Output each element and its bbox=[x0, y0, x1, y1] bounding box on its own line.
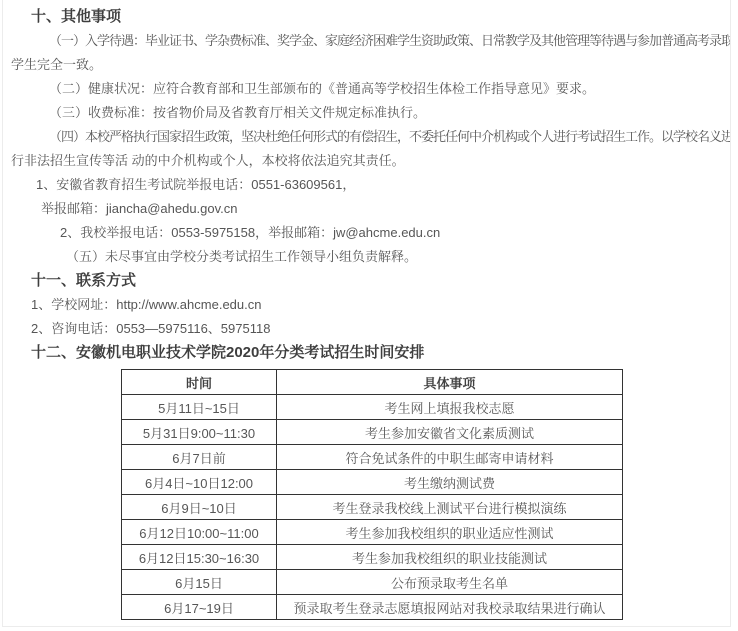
para-admission-treatment-line1: （一）入学待遇：毕业证书、学杂费标准、奖学金、家庭经济困难学生资助政策、日常教学… bbox=[11, 29, 730, 53]
event-cell: 考生参加安徽省文化素质测试 bbox=[277, 420, 623, 445]
event-cell: 考生参加我校组织的职业技能测试 bbox=[277, 545, 623, 570]
time-cell: 6月12日15:30~16:30 bbox=[122, 545, 277, 570]
event-cell: 考生参加我校组织的职业适应性测试 bbox=[277, 520, 623, 545]
table-row: 6月17~19日 预录取考生登录志愿填报网站对我校录取结果进行确认 bbox=[122, 595, 623, 620]
para-enrollment-policy-line1: （四）本校严格执行国家招生政策，坚决杜绝任何形式的有偿招生，不委托任何中介机构或… bbox=[11, 125, 730, 149]
para-fee-standard: （三）收费标准：按省物价局及省教育厅相关文件规定标准执行。 bbox=[11, 101, 730, 125]
event-cell: 考生缴纳测试费 bbox=[277, 470, 623, 495]
time-cell: 5月31日9:00~11:30 bbox=[122, 420, 277, 445]
table-row: 6月12日15:30~16:30 考生参加我校组织的职业技能测试 bbox=[122, 545, 623, 570]
para-school-website: 1、学校网址：http://www.ahcme.edu.cn bbox=[11, 293, 730, 317]
time-cell: 6月15日 bbox=[122, 570, 277, 595]
time-cell: 6月4日~10日12:00 bbox=[122, 470, 277, 495]
notice-page: 十、其他事项 （一）入学待遇：毕业证书、学杂费标准、奖学金、家庭经济困难学生资助… bbox=[2, 0, 731, 627]
exam-schedule-table: 时间 具体事项 5月11日~15日 考生网上填报我校志愿 5月31日9:00~1… bbox=[121, 369, 623, 620]
event-cell: 考生登录我校线上测试平台进行模拟演练 bbox=[277, 495, 623, 520]
time-cell: 6月17~19日 bbox=[122, 595, 277, 620]
document-viewport: 十、其他事项 （一）入学待遇：毕业证书、学杂费标准、奖学金、家庭经济困难学生资助… bbox=[0, 0, 738, 631]
section-heading-12: 十二、安徽机电职业技术学院2020年分类考试招生时间安排 bbox=[11, 341, 730, 365]
event-cell: 符合免试条件的中职生邮寄申请材料 bbox=[277, 445, 623, 470]
time-cell: 5月11日~15日 bbox=[122, 395, 277, 420]
event-cell: 预录取考生登录志愿填报网站对我校录取结果进行确认 bbox=[277, 595, 623, 620]
table-row: 5月11日~15日 考生网上填报我校志愿 bbox=[122, 395, 623, 420]
para-admission-treatment-line2: 学生完全一致。 bbox=[11, 53, 730, 77]
table-row: 6月9日~10日 考生登录我校线上测试平台进行模拟演练 bbox=[122, 495, 623, 520]
para-unresolved-matters: （五）未尽事宜由学校分类考试招生工作领导小组负责解释。 bbox=[11, 245, 730, 269]
para-school-report-contacts: 2、我校举报电话：0553-5975158，举报邮箱：jw@ahcme.edu.… bbox=[11, 221, 730, 245]
table-row: 6月12日10:00~11:00 考生参加我校组织的职业适应性测试 bbox=[122, 520, 623, 545]
time-cell: 6月7日前 bbox=[122, 445, 277, 470]
para-province-report-phone: 1、安徽省教育招生考试院举报电话：0551-63609561， bbox=[11, 173, 730, 197]
para-province-report-email: 举报邮箱：jiancha@ahedu.gov.cn bbox=[11, 197, 730, 221]
event-column-header: 具体事项 bbox=[277, 370, 623, 395]
table-header-row: 时间 具体事项 bbox=[122, 370, 623, 395]
time-column-header: 时间 bbox=[122, 370, 277, 395]
table-row: 5月31日9:00~11:30 考生参加安徽省文化素质测试 bbox=[122, 420, 623, 445]
table-row: 6月4日~10日12:00 考生缴纳测试费 bbox=[122, 470, 623, 495]
para-enrollment-policy-line2: 行非法招生宣传等活 动的中介机构或个人，本校将依法追究其责任。 bbox=[11, 149, 730, 173]
section-heading-10: 十、其他事项 bbox=[11, 5, 730, 29]
para-health-status: （二）健康状况：应符合教育部和卫生部颁布的《普通高等学校招生体检工作指导意见》要… bbox=[11, 77, 730, 101]
section-heading-11: 十一、联系方式 bbox=[11, 269, 730, 293]
para-consult-phone: 2、咨询电话：0553—5975116、5975118 bbox=[11, 317, 730, 341]
event-cell: 考生网上填报我校志愿 bbox=[277, 395, 623, 420]
table-row: 6月7日前 符合免试条件的中职生邮寄申请材料 bbox=[122, 445, 623, 470]
time-cell: 6月12日10:00~11:00 bbox=[122, 520, 277, 545]
time-cell: 6月9日~10日 bbox=[122, 495, 277, 520]
event-cell: 公布预录取考生名单 bbox=[277, 570, 623, 595]
table-row: 6月15日 公布预录取考生名单 bbox=[122, 570, 623, 595]
